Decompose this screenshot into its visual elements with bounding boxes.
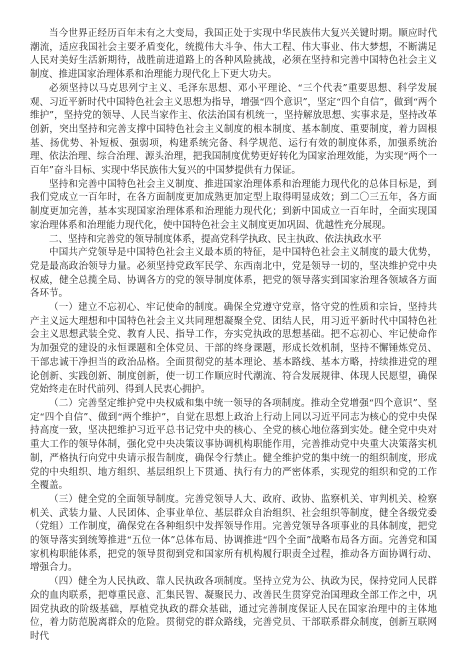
section-heading: 二、坚持和完善党的领导制度体系，提高党科学执政、民主执政、依法执政水平 <box>30 233 437 247</box>
paragraph: 当今世界正经历百年未有之大变局，我国正处于实现中华民族伟大复兴关键时期。顺应时代… <box>30 27 437 82</box>
paragraph: （二）完善坚定维护党中央权威和集中统一领导的各项制度。推动全党增强“四个意识”、… <box>30 397 437 493</box>
paragraph: 中国共产党领导是中国特色社会主义最本质的特征，是中国特色社会主义制度的最大优势，… <box>30 246 437 301</box>
paragraph: 坚持和完善中国特色社会主义制度、推进国家治理体系和治理能力现代化的总体目标是，到… <box>30 178 437 233</box>
paragraph: （三）健全党的全面领导制度。完善党领导人大、政府、政协、监察机关、审判机关、检察… <box>30 493 437 575</box>
paragraph: （一）建立不忘初心、牢记使命的制度。确保全党遵守党章，恪守党的性质和宗旨，坚持共… <box>30 301 437 397</box>
paragraph: （四）健全为人民执政、靠人民执政各项制度。坚持立党为公、执政为民，保持党同人民群… <box>30 575 437 644</box>
document-page: 当今世界正经历百年未有之大变局，我国正处于实现中华民族伟大复兴关键时期。顺应时代… <box>0 0 467 648</box>
document-body: 当今世界正经历百年未有之大变局，我国正处于实现中华民族伟大复兴关键时期。顺应时代… <box>30 27 437 644</box>
paragraph: 必须坚持以马克思列宁主义、毛泽东思想、邓小平理论、“三个代表”重要思想、科学发展… <box>30 82 437 178</box>
